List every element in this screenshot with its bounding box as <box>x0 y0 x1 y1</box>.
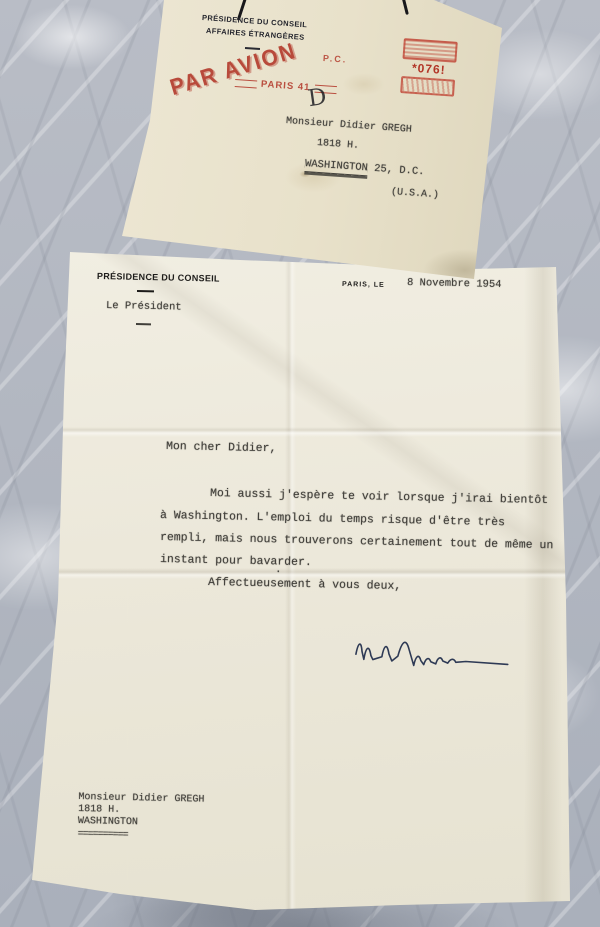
letter-sheet: PRÉSIDENCE DU CONSEIL Le Président PARIS… <box>28 243 576 919</box>
body-line-4: instant pour bavarder. <box>160 553 312 569</box>
letter-letterhead-line2: Le Président <box>106 300 182 314</box>
envelope-address-line2: 1818 H. <box>317 138 360 152</box>
body-line-2: à Washington. L'emploi du temps risque d… <box>160 509 505 529</box>
letter-letterhead-line1: PRÉSIDENCE DU CONSEIL <box>97 271 220 284</box>
envelope-address-line4: (U.S.A.) <box>391 187 440 201</box>
handwritten-signature <box>346 628 519 677</box>
letter-content: PRÉSIDENCE DU CONSEIL Le Président PARIS… <box>28 243 576 919</box>
closing-line: Affectueusement à vous deux, <box>208 576 401 593</box>
salutation: Mon cher Didier, <box>166 440 277 455</box>
handstamp-d: D <box>306 84 328 112</box>
envelope-address-zone: 25, D.C. <box>367 162 424 178</box>
par-avion-stamp: PAR AVION <box>167 38 300 101</box>
body-line-3: rempli, mais nous trouverons certainemen… <box>160 531 554 552</box>
envelope-address-line1: Monsieur Didier GREGH <box>286 116 412 136</box>
pen-mark-right <box>400 0 408 15</box>
photo-of-letter-and-envelope: PRÉSIDENCE DU CONSEIL Le Président PARIS… <box>0 0 600 927</box>
envelope-address-line3: WASHINGTON 25, D.C. <box>305 158 425 178</box>
typed-dash-rule <box>136 323 151 325</box>
meter-town-box <box>402 38 457 63</box>
dateline-place: PARIS, LE <box>342 281 385 289</box>
stray-period-mark: . <box>275 564 282 576</box>
envelope: PRÉSIDENCE DU CONSEIL AFFAIRES ÉTRANGÈRE… <box>95 0 515 295</box>
cancel-text: PARIS 41 <box>261 79 311 93</box>
meter-slogan-box <box>400 76 455 97</box>
cancel-wavy-lines-left <box>235 79 258 89</box>
body-line-1: Moi aussi j'espère te voir lorsque j'ira… <box>210 487 548 507</box>
footer-typed-dashes: ========== <box>77 828 203 844</box>
envelope-address-city: WASHINGTON <box>304 158 368 176</box>
footer-address-block: Monsieur Didier GREGH 1818 H. WASHINGTON… <box>77 792 204 844</box>
pc-postal-mark: P.C. <box>323 53 348 65</box>
dateline-date: 8 Novembre 1954 <box>407 277 502 291</box>
letterhead-rule <box>137 290 154 292</box>
postage-meter-stamp: *076! <box>400 38 458 97</box>
